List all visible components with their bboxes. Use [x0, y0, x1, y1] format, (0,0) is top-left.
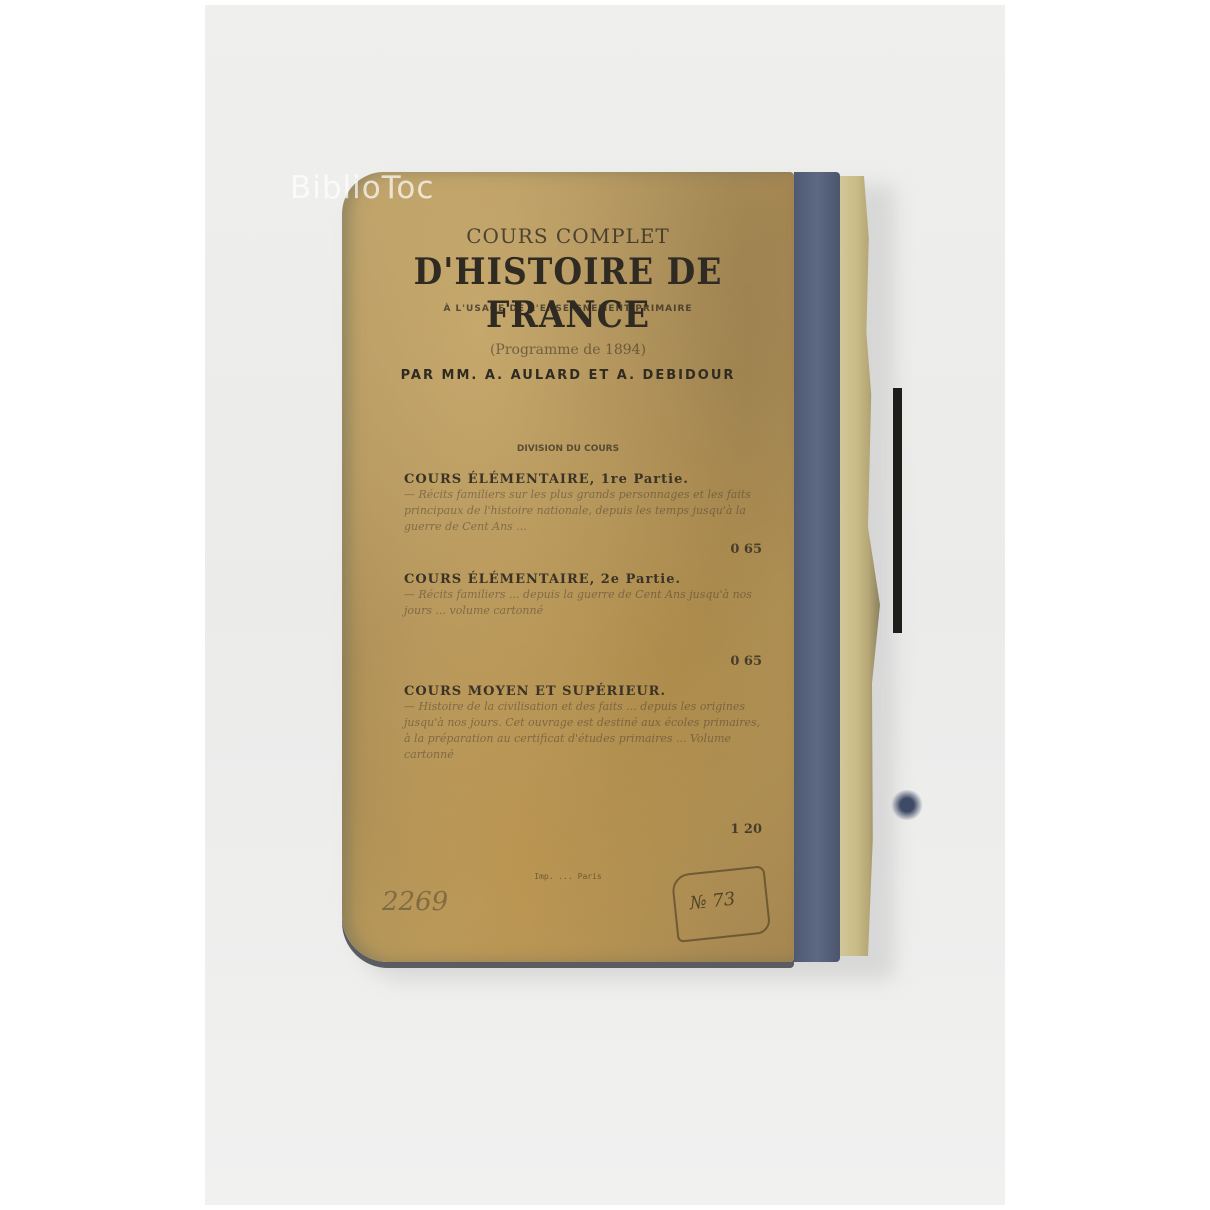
handwritten-number: 2269	[382, 887, 448, 917]
section-heading: COURS ÉLÉMENTAIRE, 2e Partie.	[404, 572, 764, 587]
section-price: 0 65	[730, 542, 762, 557]
section-middle-superior: COURS MOYEN ET SUPÉRIEUR. — Histoire de …	[404, 684, 764, 763]
ownership-stamp: № 73	[671, 865, 772, 942]
program-year: (Programme de 1894)	[342, 342, 794, 358]
section-heading: COURS ÉLÉMENTAIRE, 1re Partie.	[404, 472, 764, 487]
book-spine	[794, 172, 840, 962]
section-elementary-2: COURS ÉLÉMENTAIRE, 2e Partie. — Récits f…	[404, 572, 764, 619]
section-heading: COURS MOYEN ET SUPÉRIEUR.	[404, 684, 764, 699]
section-price: 1 20	[730, 822, 762, 837]
book-subtitle: À L'USAGE DE L'ENSEIGNEMENT PRIMAIRE	[342, 304, 794, 314]
section-body: — Histoire de la civilisation et des fai…	[404, 699, 764, 763]
section-body: — Récits familiers sur les plus grands p…	[404, 487, 764, 535]
watermark: BiblioToc	[290, 170, 434, 206]
section-body: — Récits familiers ... depuis la guerre …	[404, 587, 764, 619]
authors: PAR MM. A. AULARD ET A. DEBIDOUR	[342, 368, 794, 383]
section-price: 0 65	[730, 654, 762, 669]
series-title: COURS COMPLET	[342, 224, 794, 248]
section-elementary-1: COURS ÉLÉMENTAIRE, 1re Partie. — Récits …	[404, 472, 764, 535]
stamp-text: № 73	[689, 889, 737, 915]
division-heading: DIVISION DU COURS	[342, 444, 794, 454]
book-title: D'HISTOIRE DE FRANCE	[342, 250, 794, 336]
torn-binding	[893, 388, 902, 633]
book-cover: COURS COMPLET D'HISTOIRE DE FRANCE À L'U…	[342, 172, 794, 962]
loose-thread	[890, 790, 924, 820]
